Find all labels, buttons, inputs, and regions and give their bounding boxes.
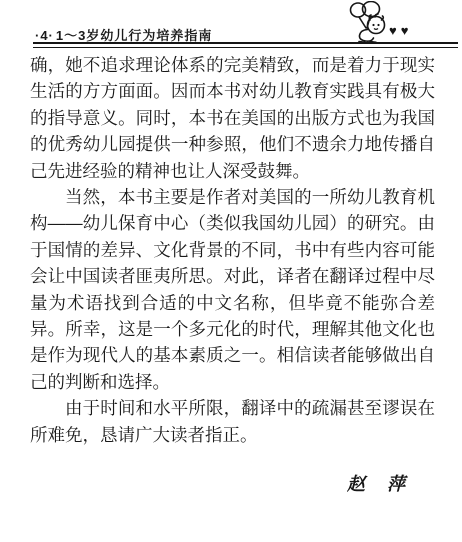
translator-signature: 赵 萍 [347,470,407,496]
running-head-title: 1～3岁幼儿行为培养指南 [56,28,212,43]
header-rule-thick [33,42,458,44]
page-number: ·4· [35,28,54,43]
page-body: 确，她不追求理论体系的完美精致，而是着力于现实生活的方方面面。因而本书对幼儿教育… [30,52,435,448]
paragraph: 当然，本书主要是作者对美国的一所幼儿教育机构——幼儿保育中心（类似我国幼儿园）的… [30,184,435,395]
book-page: ·4·1～3岁幼儿行为培养指南 ♥♥ 确，她不追求理论体系的完美精致，而是着力于… [0,0,462,542]
paragraph: 确，她不追求理论体系的完美精致，而是着力于现实生活的方方面面。因而本书对幼儿教育… [30,52,435,184]
paragraph: 由于时间和水平所限，翻译中的疏漏甚至谬误在所难免，恳请广大读者指正。 [30,395,435,448]
header-rule-thin [33,47,458,48]
hearts-icon: ♥♥ [389,23,412,38]
